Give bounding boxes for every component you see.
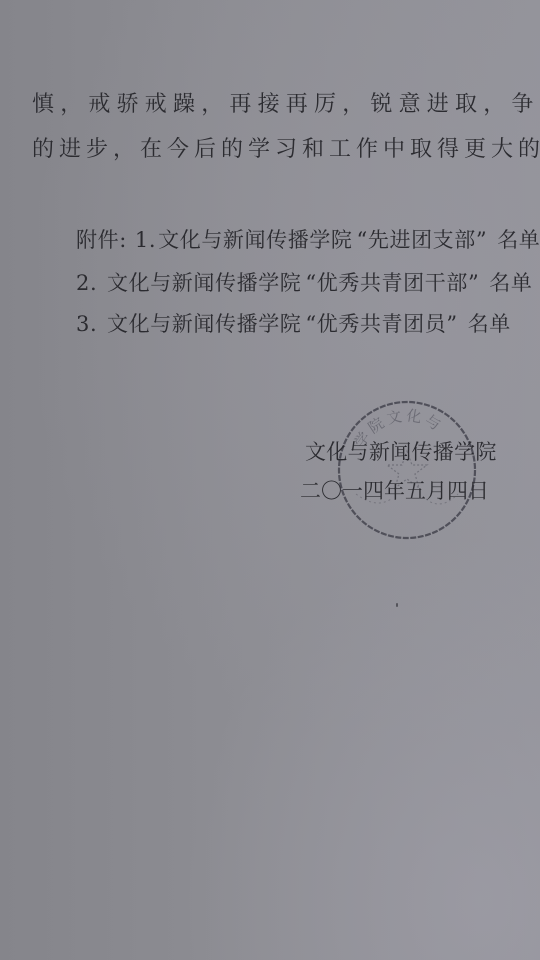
attachment-item-1: 附件:1.文化与新闻传播学院“先进团支部”名单 (76, 227, 540, 253)
attachment-title: “先进团支部” (357, 228, 488, 252)
paper-speck (396, 603, 398, 607)
signature-date: 二〇一四年五月四日 (300, 478, 489, 504)
attachment-title: “优秀共青团干部” (305, 271, 479, 295)
attachment-title: “优秀共青团员” (305, 312, 457, 336)
document-page: 慎，戒骄戒躁，再接再厉，锐意进取，争取更大 的进步，在今后的学习和工作中取得更大… (0, 0, 540, 960)
attachment-number: 1. (135, 227, 156, 253)
attachment-org: 文化与新闻传播学院 (107, 312, 301, 336)
attachment-number: 3. (76, 311, 107, 337)
attachment-prefix: 附件: (76, 228, 127, 252)
attachment-org: 文化与新闻传播学院 (107, 271, 301, 295)
body-text-line-2: 的进步，在今后的学习和工作中取得更大的成绩。 (32, 137, 540, 163)
attachment-item-3: 3.文化与新闻传播学院“优秀共青团员”名单 (76, 311, 511, 337)
attachment-org: 文化与新闻传播学院 (158, 228, 352, 252)
attachment-number: 2. (76, 270, 107, 296)
attachment-suffix: 名单 (468, 312, 511, 336)
attachment-item-2: 2.文化与新闻传播学院“优秀共青团干部”名单 (76, 270, 532, 296)
attachment-suffix: 名单 (489, 271, 532, 295)
official-seal-stamp: 学院文化与 (336, 399, 478, 541)
body-text-line-1: 慎，戒骄戒躁，再接再厉，锐意进取，争取更大 (32, 92, 540, 118)
attachment-suffix: 名单 (497, 228, 540, 252)
signature-organization: 文化与新闻传播学院 (305, 439, 497, 465)
